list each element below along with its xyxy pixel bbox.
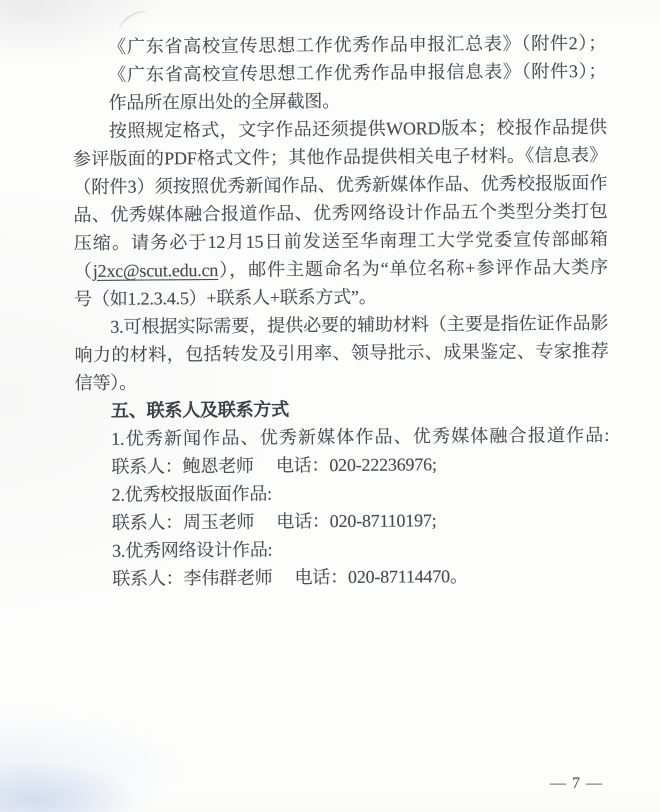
document-body: 《广东省高校宣传思想工作优秀作品申报汇总表》（附件2）；《广东省高校宣传思想工作… [72, 29, 610, 593]
text-line: 《广东省高校宣传思想工作优秀作品申报信息表》（附件3）； [72, 57, 606, 89]
text-segment: 联系人：鲍恩老师 电话：020-22236976; [111, 454, 436, 477]
text-line: 品、优秀媒体融合报道作品、优秀网络设计作品五个类型分类打包 [73, 197, 607, 229]
text-line: 作品所在原出处的全屏截图。 [72, 85, 606, 117]
text-line: （j2xc@scut.edu.cn），邮件主题命名为“单位名称+参评作品大类序 [74, 253, 608, 285]
text-segment: 参评版面的PDF格式文件；其他作品提供相关电子材料。《信息表》 [73, 145, 607, 169]
text-segment: 联系人：李伟群老师 电话：020-87114470。 [112, 566, 468, 589]
text-segment: 作品所在原出处的全屏截图。 [108, 91, 340, 113]
text-line: 信等）。 [75, 365, 609, 397]
text-segment: 号（如1.2.3.4.5）+联系人+联系方式”。 [74, 287, 377, 309]
text-segment: 3.优秀网络设计作品: [112, 540, 272, 561]
text-line: 号（如1.2.3.4.5）+联系人+联系方式”。 [74, 281, 608, 313]
text-line: 联系人：鲍恩老师 电话：020-22236976; [75, 449, 609, 481]
page-number: — 7 — [550, 775, 603, 793]
text-segment: 压缩。请务必于12月15日前发送至华南理工大学党委宣传部邮箱 [74, 229, 608, 253]
text-line: 《广东省高校宣传思想工作优秀作品申报汇总表》（附件2）； [72, 29, 606, 61]
text-segment: 《广东省高校宣传思想工作优秀作品申报汇总表》（附件2）； [108, 33, 606, 57]
email-address-underlined: j2xc@scut.edu.cn [93, 260, 218, 281]
section-heading: 五、联系人及联系方式 [75, 393, 609, 425]
text-line: 参评版面的PDF格式文件；其他作品提供相关电子材料。《信息表》 [73, 141, 607, 173]
text-line: 压缩。请务必于12月15日前发送至华南理工大学党委宣传部邮箱 [74, 225, 608, 257]
text-segment: 响力的材料，包括转发及引用率、领导批示、成果鉴定、专家推荐 [74, 341, 608, 365]
text-segment: （附件3）须按照优秀新闻作品、优秀新媒体作品、优秀校报版面作 [73, 173, 607, 197]
scanned-document-page: { "document": { "title_hint": "广东省高校宣传思想… [0, 0, 660, 812]
text-line: 响力的材料，包括转发及引用率、领导批示、成果鉴定、专家推荐 [74, 337, 608, 369]
text-line: 3.优秀网络设计作品: [76, 533, 610, 565]
text-segment: 五、联系人及联系方式 [111, 399, 289, 420]
text-segment: ），邮件主题命名为“单位名称+参评作品大类序 [218, 257, 608, 280]
text-line: 联系人：李伟群老师 电话：020-87114470。 [76, 561, 610, 593]
text-line: （附件3）须按照优秀新闻作品、优秀新媒体作品、优秀校报版面作 [73, 169, 607, 201]
text-line: 3.可根据实际需要，提供必要的辅助材料（主要是指佐证作品影 [74, 309, 608, 341]
text-segment: 1.优秀新闻作品、优秀新媒体作品、优秀媒体融合报道作品: [111, 425, 609, 449]
text-segment: 2.优秀校报版面作品: [112, 484, 272, 505]
text-segment: （ [74, 261, 93, 281]
text-line: 联系人：周玉老师 电话：020-87110197; [76, 505, 610, 537]
text-segment: 联系人：周玉老师 电话：020-87110197; [112, 510, 437, 533]
text-segment: 品、优秀媒体融合报道作品、优秀网络设计作品五个类型分类打包 [73, 201, 607, 225]
text-segment: 信等）。 [75, 373, 137, 393]
text-segment: 按照规定格式，文字作品还须提供WORD版本；校报作品提供 [109, 117, 607, 141]
text-line: 1.优秀新闻作品、优秀新媒体作品、优秀媒体融合报道作品: [75, 421, 609, 453]
text-segment: 《广东省高校宣传思想工作优秀作品申报信息表》（附件3）； [108, 61, 606, 85]
text-line: 2.优秀校报版面作品: [76, 477, 610, 509]
text-segment: 3.可根据实际需要，提供必要的辅助材料（主要是指佐证作品影 [110, 313, 608, 337]
text-line: 按照规定格式，文字作品还须提供WORD版本；校报作品提供 [73, 113, 607, 145]
